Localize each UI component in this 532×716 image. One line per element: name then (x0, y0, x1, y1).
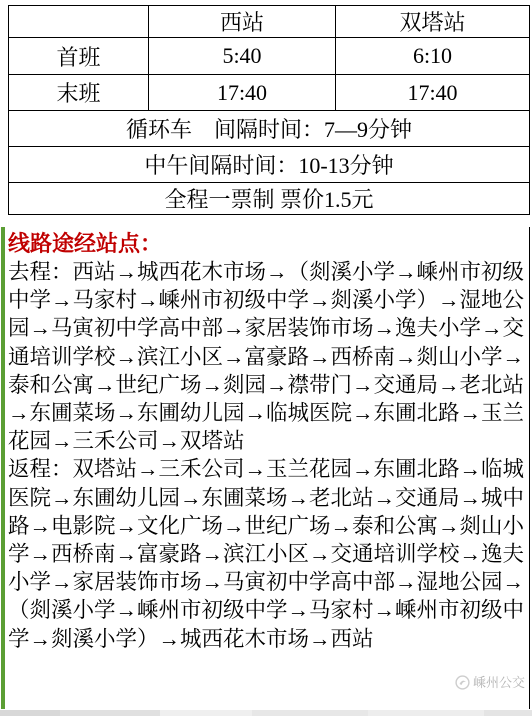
loop-interval-text: 循环车 间隔时间：7—9分钟 (9, 111, 530, 147)
first-bus-label: 首班 (9, 38, 149, 75)
last-bus-row: 末班 17:40 17:40 (9, 75, 530, 111)
bus-timetable-page: 西站 双塔站 首班 5:40 6:10 末班 17:40 17:40 循环车 间… (0, 5, 532, 716)
fare-row: 全程一票制 票价1.5元 (9, 183, 530, 215)
shengzhou-bus-logo-icon (455, 675, 470, 690)
return-route-text: 返程：双塔站→三禾公司→玉兰花园→东圃北路→临城医院→东圃幼儿园→东圃菜场→老北… (8, 455, 524, 652)
watermark: 嵊州公交 (455, 669, 525, 697)
col-header-twin-tower-station: 双塔站 (336, 6, 530, 38)
noon-interval-text: 中午间隔时间：10-13分钟 (9, 147, 530, 183)
last-bus-twin-time: 17:40 (336, 75, 530, 111)
first-bus-twin-time: 6:10 (336, 38, 530, 75)
col-header-west-station: 西站 (149, 6, 336, 38)
first-bus-west-time: 5:40 (149, 38, 336, 75)
route-stations-section: 线路途经站点： 去程：西站→城西花木市场→（剡溪小学→嵊州市初级中学→马家村→嵊… (1, 227, 530, 709)
bus-schedule-table: 西站 双塔站 首班 5:40 6:10 末班 17:40 17:40 循环车 间… (8, 5, 530, 215)
route-stations-heading: 线路途经站点： (8, 229, 524, 258)
watermark-label: 嵊州公交 (473, 669, 525, 697)
corner-cell (9, 6, 149, 38)
loop-interval-row: 循环车 间隔时间：7—9分钟 (9, 111, 530, 147)
last-bus-west-time: 17:40 (149, 75, 336, 111)
fare-text: 全程一票制 票价1.5元 (9, 183, 530, 215)
noon-interval-row: 中午间隔时间：10-13分钟 (9, 147, 530, 183)
first-bus-row: 首班 5:40 6:10 (9, 38, 530, 75)
last-bus-label: 末班 (9, 75, 149, 111)
cutoff-bottom-strip (0, 710, 532, 716)
table-header-row: 西站 双塔站 (9, 6, 530, 38)
outbound-route-text: 去程：西站→城西花木市场→（剡溪小学→嵊州市初级中学→马家村→嵊州市初级中学→剡… (8, 258, 524, 455)
